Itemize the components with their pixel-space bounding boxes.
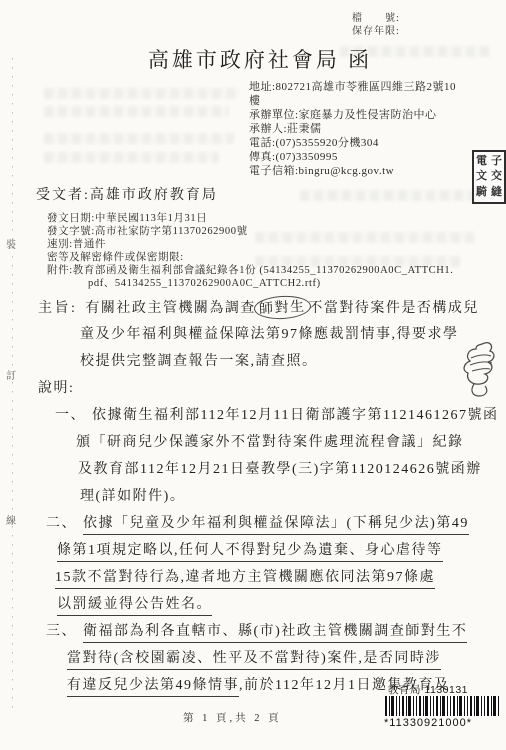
recipient-line: 受文者:高雄市政府教育局 bbox=[36, 184, 218, 204]
agency-address-line: 地址:802721高雄市苓雅區四維三路2號10 bbox=[249, 80, 456, 94]
item3-text-underlined: 當對待(含校園霸凌、性平及不當對待)案件,是否同時涉 bbox=[67, 651, 441, 670]
stamp-column-right: 子交縫 bbox=[490, 154, 503, 200]
stamp-column-left: 電文騎 bbox=[475, 154, 488, 200]
binding-char-xian: 線 bbox=[6, 512, 20, 527]
item3-line-1: 三、衛福部為利各直轄市、縣(市)社政主管機關調查師對生不 bbox=[46, 620, 467, 640]
document-page: 裝 訂 線 檔 號: 保存年限: 高雄市政府社會局 函 地址:802721高雄市… bbox=[0, 0, 506, 750]
subject-label: 主旨: bbox=[38, 301, 77, 316]
archive-block: 檔 號: 保存年限: bbox=[352, 12, 400, 38]
item1-number: 一、 bbox=[55, 408, 86, 423]
handwritten-circle-annotation: 師對生 bbox=[253, 295, 311, 321]
item1-line-3: 及教育部112年12月21日臺教學(三)字第1120124626號函辦 bbox=[78, 458, 482, 478]
binding-dotted-line bbox=[12, 58, 13, 713]
item2-number: 二、 bbox=[46, 516, 77, 531]
subject-line-2: 童及少年福利與權益保障法第97條應裁罰情事,得要求學 bbox=[80, 323, 459, 343]
subject-line-1: 主旨:有關社政主管機關為調查師對生不當對待案件是否構成兒 bbox=[38, 296, 479, 319]
item2-line-3: 15款不當對待行為,違者地方主管機關應依同法第97條處 bbox=[55, 566, 435, 586]
agency-info-block: 地址:802721高雄市苓雅區四維三路2號10 樓 承辦單位:家庭暴力及性侵害防… bbox=[249, 80, 456, 178]
bleedthrough-artifact bbox=[300, 190, 485, 201]
bleedthrough-artifact bbox=[44, 133, 234, 144]
handler-name: 承辦人:莊秉儒 bbox=[249, 122, 456, 136]
item2-line-4: 以罰緩並得公告姓名。 bbox=[57, 593, 212, 613]
item3-text-underlined: 衛福部為利各直轄市、縣(市)社政主管機關調查師對生不 bbox=[83, 624, 467, 643]
barcode bbox=[385, 696, 499, 716]
explanation-heading: 說明: bbox=[38, 377, 74, 397]
bleedthrough-artifact bbox=[44, 152, 219, 163]
subject-line-3: 校提供完整調查報告一案,請查照。 bbox=[80, 350, 318, 370]
item1-text: 依據衛生福利部112年12月11日衛部護字第1121461267號函 bbox=[92, 408, 498, 423]
item3-text-underlined: 有違反兒少法第49條情事 bbox=[67, 678, 239, 697]
fax: 傳真:(07)3350995 bbox=[249, 150, 456, 164]
phone: 電話:(07)5355920分機304 bbox=[249, 136, 456, 150]
file-number-label: 檔 號: bbox=[352, 12, 400, 25]
item1-line-1: 一、依據衛生福利部112年12月11日衛部護字第1121461267號函 bbox=[55, 404, 498, 424]
item2-text-underlined: 以罰緩並得公告姓名。 bbox=[57, 597, 212, 616]
bleedthrough-artifact bbox=[44, 88, 239, 99]
item2-line-2: 條第1項規定略以,任何人不得對兒少為遺棄、身心虐待等 bbox=[57, 539, 443, 559]
attachment-line2: pdf、54134255_11370262900A0C_ATTCH2.rtf) bbox=[88, 275, 321, 290]
item2-text-underlined: 依據「兒童及少年福利與權益保障法」(下稱兒少法)第49 bbox=[83, 516, 469, 535]
page-indicator: 第 1 頁,共 2 頁 bbox=[183, 710, 282, 725]
partial-seal-stamp-icon bbox=[452, 338, 498, 430]
barcode-text: *11330921000* bbox=[384, 717, 472, 729]
email: 電子信箱:bingru@kcg.gov.tw bbox=[249, 164, 456, 178]
item3-number: 三、 bbox=[46, 624, 77, 639]
handling-unit: 承辦單位:家庭暴力及性侵害防治中心 bbox=[249, 108, 456, 122]
item2-line-1: 二、依據「兒童及少年福利與權益保障法」(下稱兒少法)第49 bbox=[46, 512, 469, 532]
item2-text-underlined: 條第1項規定略以,任何人不得對兒少為遺棄、身心虐待等 bbox=[57, 543, 443, 562]
subject-text: 不當對待案件是否構成兒 bbox=[308, 301, 479, 316]
subject-text: 有關社政主管機關為調查 bbox=[85, 301, 256, 316]
bleedthrough-artifact bbox=[255, 232, 475, 243]
electronic-exchange-stamp: 電文騎 子交縫 bbox=[472, 150, 506, 204]
item1-line-4: 理(詳如附件)。 bbox=[80, 485, 185, 505]
agency-address-line2: 樓 bbox=[249, 94, 456, 108]
binding-char-ding: 訂 bbox=[6, 367, 20, 382]
document-title: 高雄市政府社會局 函 bbox=[120, 44, 400, 74]
item2-text-underlined: 15款不當對待行為,違者地方主管機關應依同法第97條處 bbox=[55, 570, 435, 589]
bleedthrough-artifact bbox=[44, 106, 229, 117]
binding-char-zhuang: 裝 bbox=[6, 236, 20, 251]
dept-code: 教育局 1130131 bbox=[388, 682, 468, 697]
retention-label: 保存年限: bbox=[352, 25, 400, 38]
item1-line-2: 頒「研商兒少保護家外不當對待案件處理流程會議」紀錄 bbox=[76, 431, 464, 451]
item3-line-2: 當對待(含校園霸凌、性平及不當對待)案件,是否同時涉 bbox=[67, 647, 441, 667]
